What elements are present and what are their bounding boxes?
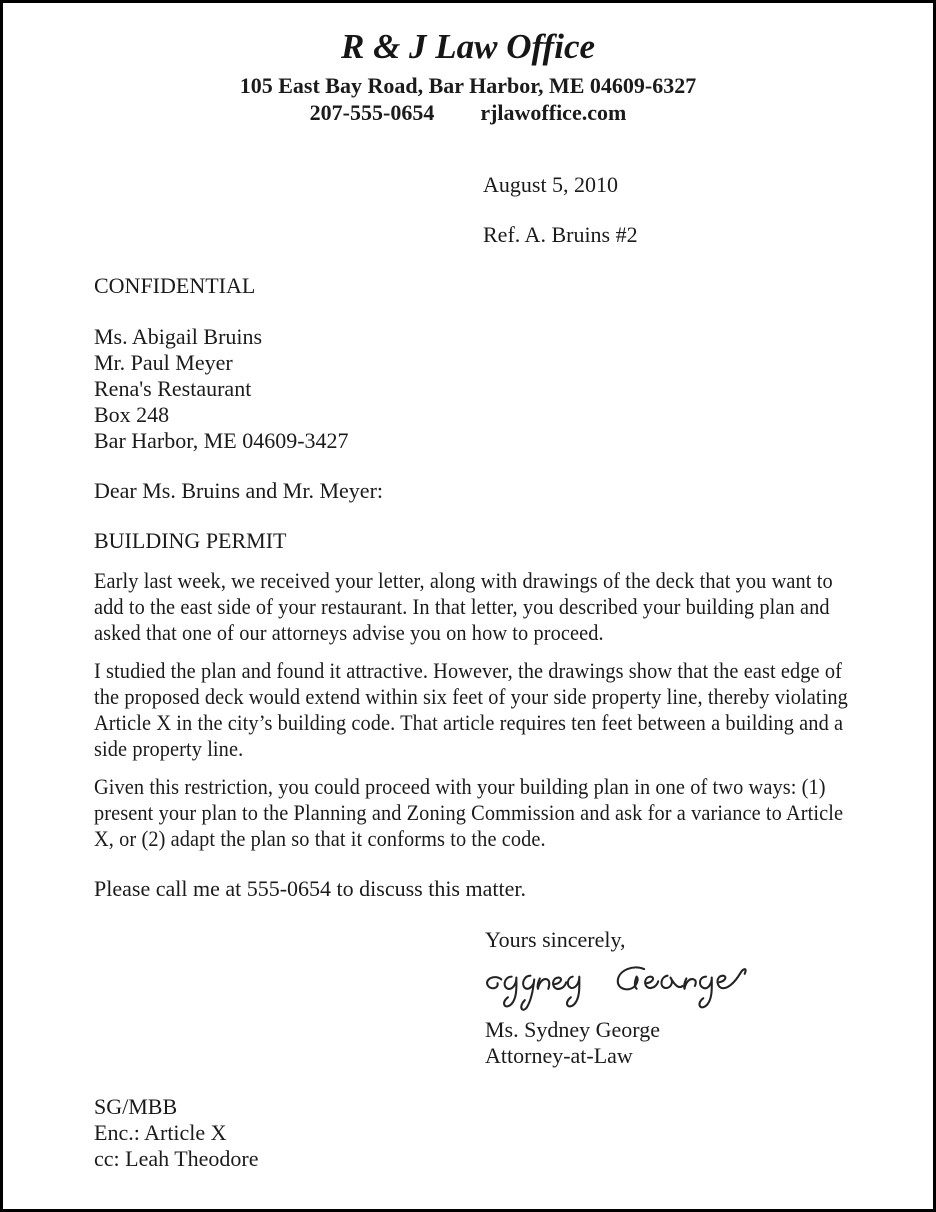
- firm-name: R & J Law Office: [3, 27, 933, 67]
- body-paragraph: Please call me at 555-0654 to discuss th…: [94, 876, 874, 902]
- recipient-line: Box 248: [94, 402, 933, 428]
- valediction: Yours sincerely,: [485, 927, 933, 953]
- letter-date: August 5, 2010: [483, 172, 933, 198]
- body-paragraph: Early last week, we received your letter…: [94, 568, 853, 646]
- firm-address: 105 East Bay Road, Bar Harbor, ME 04609-…: [3, 73, 933, 99]
- reference-line: Ref. A. Bruins #2: [483, 222, 933, 248]
- signer-name: Ms. Sydney George: [485, 1017, 933, 1043]
- recipient-line: Ms. Abigail Bruins: [94, 324, 933, 350]
- enclosure-notation: Enc.: Article X: [94, 1120, 933, 1146]
- recipient-line: Mr. Paul Meyer: [94, 350, 933, 376]
- signer-title: Attorney-at-Law: [485, 1043, 933, 1069]
- firm-phone: 207-555-0654: [310, 100, 435, 125]
- firm-contact-line: 207-555-0654rjlawoffice.com: [3, 100, 933, 126]
- recipient-address-block: Ms. Abigail Bruins Mr. Paul Meyer Rena's…: [94, 324, 933, 454]
- body-paragraph: Given this restriction, you could procee…: [94, 774, 853, 852]
- body-paragraph: I studied the plan and found it attracti…: [94, 658, 853, 762]
- date-block: August 5, 2010 Ref. A. Bruins #2: [483, 172, 933, 248]
- subject-line: BUILDING PERMIT: [94, 528, 933, 554]
- signature-block: [469, 955, 933, 1017]
- reference-initials: SG/MBB: [94, 1094, 933, 1120]
- confidential-notice: CONFIDENTIAL: [94, 273, 933, 299]
- recipient-line: Bar Harbor, ME 04609-3427: [94, 428, 933, 454]
- carbon-copy-notation: cc: Leah Theodore: [94, 1146, 933, 1172]
- letter-page: R & J Law Office 105 East Bay Road, Bar …: [0, 0, 936, 1212]
- letterhead: R & J Law Office 105 East Bay Road, Bar …: [3, 3, 933, 126]
- salutation: Dear Ms. Bruins and Mr. Meyer:: [94, 478, 933, 504]
- handwritten-signature-image: [469, 955, 761, 1017]
- recipient-line: Rena's Restaurant: [94, 376, 933, 402]
- footer-notations: SG/MBB Enc.: Article X cc: Leah Theodore: [94, 1094, 933, 1172]
- firm-website: rjlawoffice.com: [480, 100, 626, 126]
